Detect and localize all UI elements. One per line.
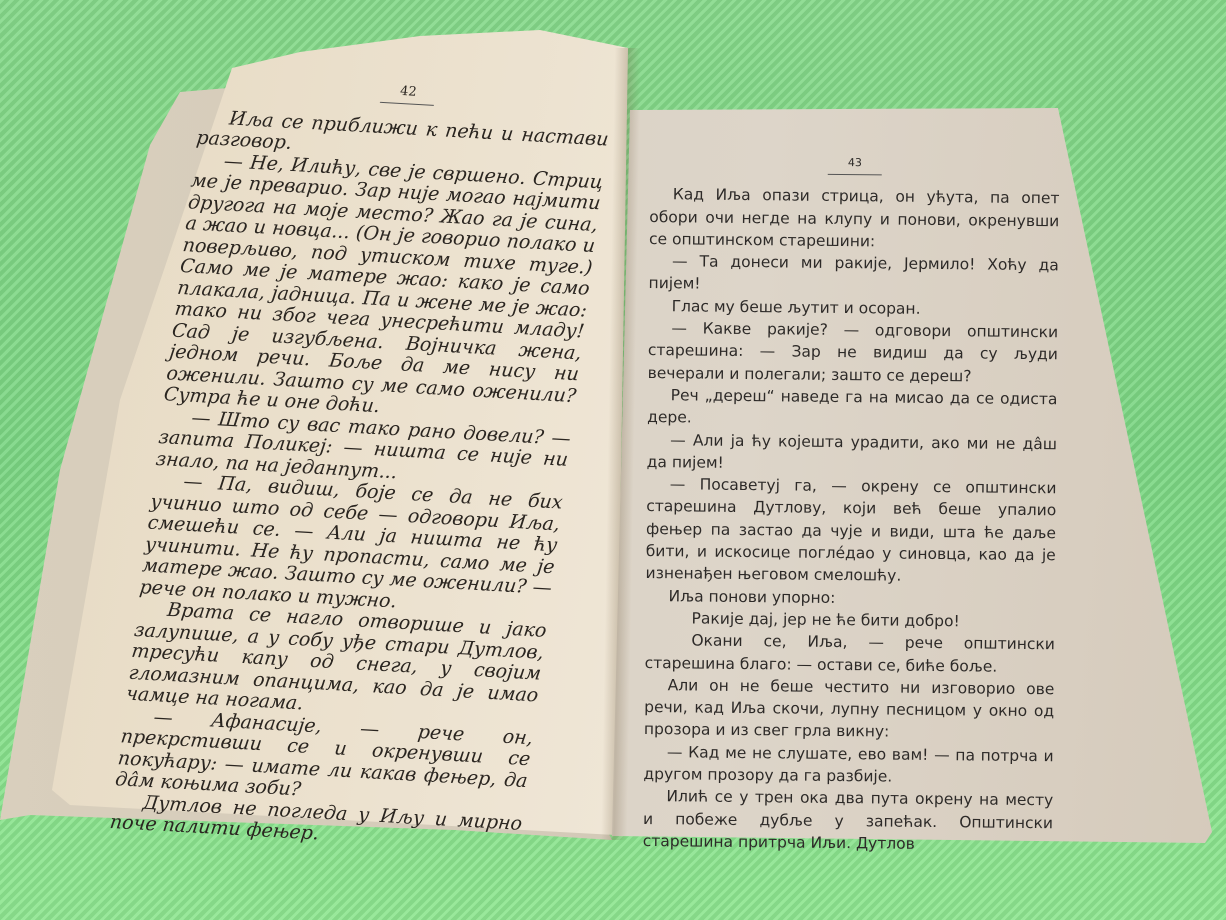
paragraph: Али он не беше честито ни изговорио ове … (644, 674, 1055, 745)
paragraph: — Али ја ћу којешта урадити, ако ми не д… (647, 429, 1057, 478)
paragraph: — Па, видиш, боје се да не бих учинио шт… (138, 470, 564, 621)
paragraph: — Та донеси ми ракије, Јермило! Хоћу да … (648, 250, 1058, 299)
right-page-text: 43 Кад Иља опази стрица, он ућута, па оп… (643, 150, 1060, 856)
paragraph: — Кад ме не слушате, ево вам! — па потрч… (643, 741, 1053, 790)
left-page-number: 42 (380, 80, 437, 105)
paragraph: Окани се, Иља, — рече општински старешин… (645, 629, 1055, 678)
paragraph: — Не, Илићу, све је свршено. Стриц ме је… (163, 149, 605, 428)
paragraph: Кад Иља опази стрица, он ућута, па опет … (649, 183, 1060, 254)
paragraph: Реч „дереш“ наведе га на мисао да се оди… (647, 384, 1057, 433)
right-page-number: 43 (828, 152, 882, 176)
paragraph: — Какве ракије? — одговори општински ста… (648, 317, 1059, 388)
paragraph: Илић се у трен ока два пута окрену на ме… (643, 785, 1054, 856)
paragraph: — Посаветуј га, — окрену се општински ст… (645, 473, 1056, 589)
